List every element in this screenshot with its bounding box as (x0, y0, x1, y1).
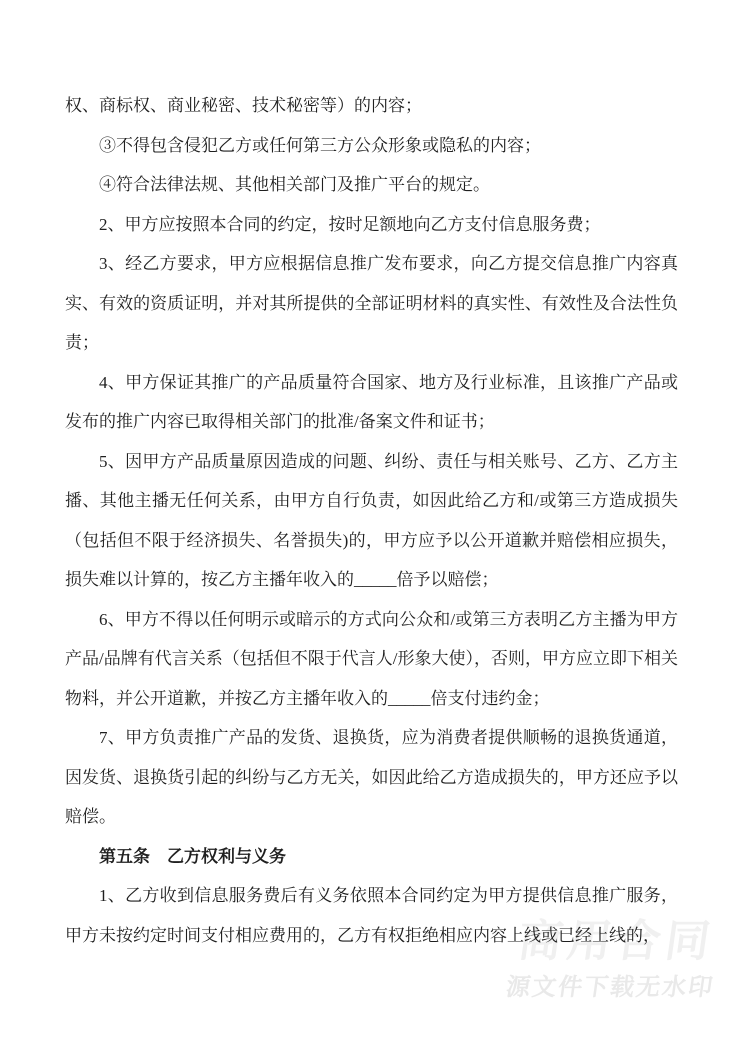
document-page: 商用合同 源文件下载无水印 权、商标权、商业秘密、技术秘密等）的内容； ③不得包… (0, 0, 742, 1049)
paragraph: 1、乙方收到信息服务费后有义务依照本合同约定为甲方提供信息推广服务，甲方未按约定… (65, 876, 678, 955)
paragraph: 6、甲方不得以任何明示或暗示的方式向公众和/或第三方表明乙方主播为甲方产品/品牌… (65, 600, 678, 719)
paragraph: ④符合法律法规、其他相关部门及推广平台的规定。 (65, 165, 678, 205)
watermark-tagline: 源文件下载无水印 (504, 972, 716, 1004)
section-heading: 第五条 乙方权利与义务 (65, 837, 678, 877)
paragraph: 2、甲方应按照本合同的约定，按时足额地向乙方支付信息服务费； (65, 205, 678, 245)
paragraph: 7、甲方负责推广产品的发货、退换货，应为消费者提供顺畅的退换货通道，因发货、退换… (65, 718, 678, 837)
document-body: 权、商标权、商业秘密、技术秘密等）的内容； ③不得包含侵犯乙方或任何第三方公众形… (65, 86, 678, 955)
paragraph: 4、甲方保证其推广的产品质量符合国家、地方及行业标准，且该推广产品或发布的推广内… (65, 363, 678, 442)
paragraph: 5、因甲方产品质量原因造成的问题、纠纷、责任与相关账号、乙方、乙方主播、其他主播… (65, 442, 678, 600)
paragraph: ③不得包含侵犯乙方或任何第三方公众形象或隐私的内容； (65, 126, 678, 166)
paragraph-continuation: 权、商标权、商业秘密、技术秘密等）的内容； (65, 86, 678, 126)
paragraph: 3、经乙方要求，甲方应根据信息推广发布要求，向乙方提交信息推广内容真实、有效的资… (65, 244, 678, 363)
